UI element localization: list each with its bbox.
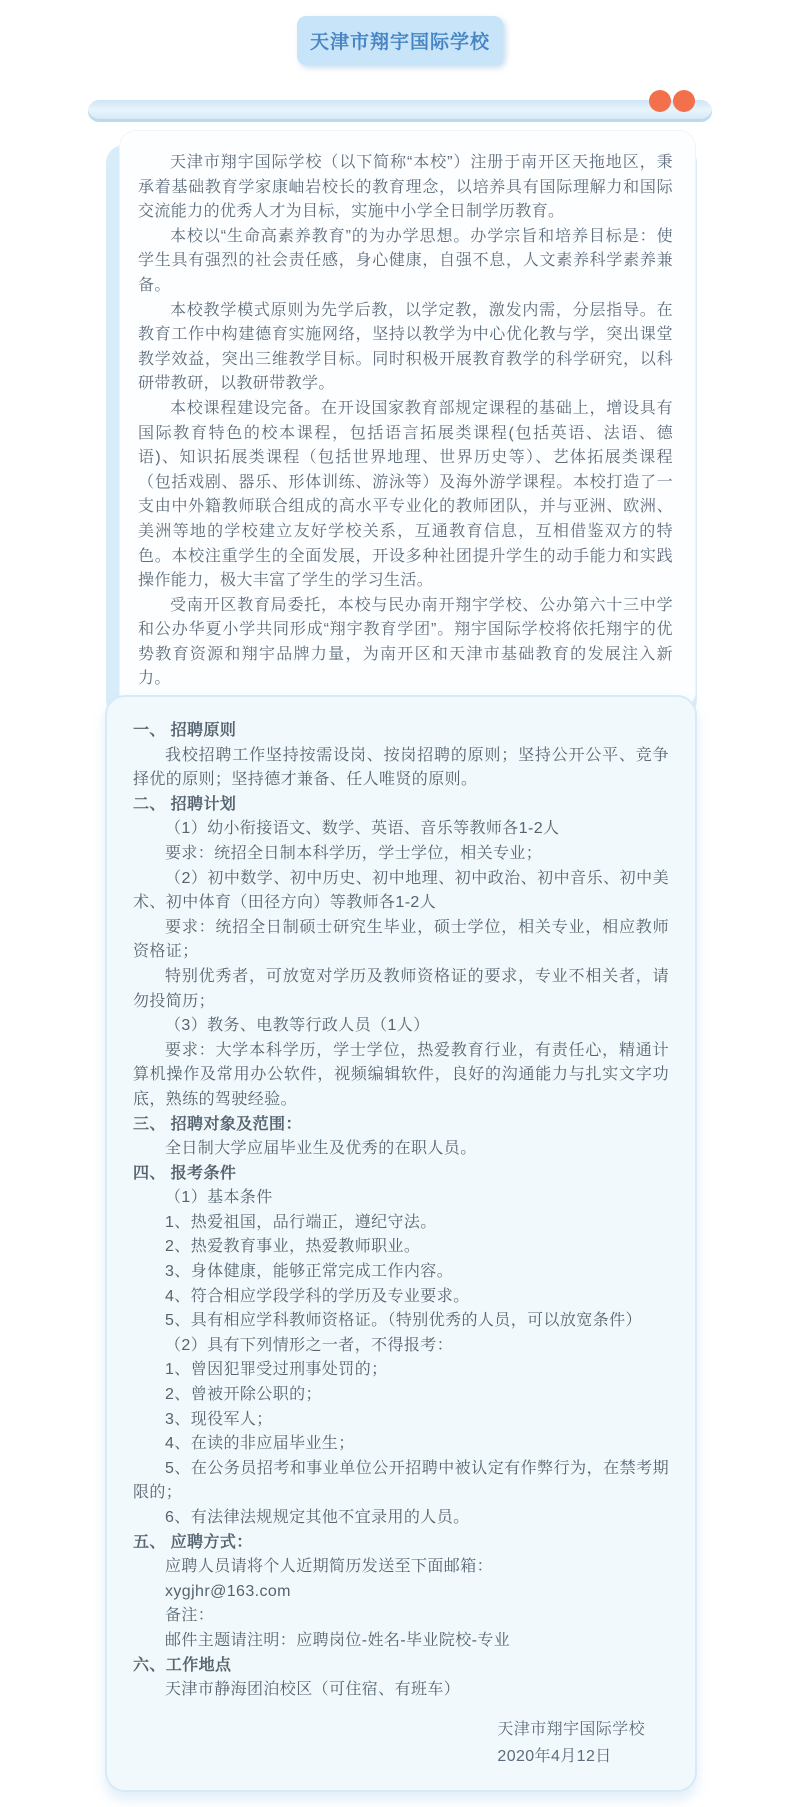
paragraph-line: 1、曾因犯罪受过刑事处罚的； <box>133 1358 669 1383</box>
paragraph-line: 邮件主题请注明：应聘岗位-姓名-毕业院校-专业 <box>133 1629 669 1654</box>
paragraph-line: 备注： <box>133 1604 669 1629</box>
paragraph-line: 5、在公务员招考和事业单位公开招聘中被认定有作弊行为，在禁考期限的； <box>133 1457 669 1506</box>
red-dot-icon <box>673 90 695 112</box>
paragraph-line: 5、具有相应学科教师资格证。（特别优秀的人员，可以放宽条件） <box>133 1309 669 1334</box>
email-link[interactable]: xygjhr@163.com <box>133 1580 669 1605</box>
paragraph-line: （1）幼小衔接语文、数学、英语、音乐等教师各1-2人 <box>133 817 669 842</box>
recruitment-content: 一、 招聘原则我校招聘工作坚持按需设岗、按岗招聘的原则；坚持公开公平、竞争择优的… <box>133 719 669 1703</box>
section-heading: 一、 招聘原则 <box>133 719 669 744</box>
intro-paragraph: 本校以“生命高素养教育”的为办学思想。办学宗旨和培养目标是：使学生具有强烈的社会… <box>138 225 673 299</box>
paragraph-line: 4、在读的非应届毕业生； <box>133 1432 669 1457</box>
decorative-bar <box>88 100 712 122</box>
article-page: 天津市翔宇国际学校 天津市翔宇国际学校（以下简称“本校”）注册于南开区天拖地区，… <box>0 0 800 1807</box>
school-title-badge: 天津市翔宇国际学校 <box>297 16 503 65</box>
paragraph-line: 应聘人员请将个人近期简历发送至下面邮箱： <box>133 1555 669 1580</box>
paragraph-line: 我校招聘工作坚持按需设岗、按岗招聘的原则；坚持公开公平、竞争择优的原则；坚持德才… <box>133 744 669 793</box>
paragraph-line: （3）教务、电教等行政人员（1人） <box>133 1014 669 1039</box>
paragraph-line: （2）具有下列情形之一者，不得报考： <box>133 1334 669 1359</box>
section-heading: 二、 招聘计划 <box>133 793 669 818</box>
intro-paragraph: 本校教学模式原则为先学后教，以学定教，激发内需，分层指导。在教育工作中构建德育实… <box>138 299 673 397</box>
paragraph-line: 3、身体健康，能够正常完成工作内容。 <box>133 1260 669 1285</box>
recruitment-card: 一、 招聘原则我校招聘工作坚持按需设岗、按岗招聘的原则；坚持公开公平、竞争择优的… <box>105 695 697 1792</box>
paragraph-line: 要求：统招全日制本科学历，学士学位，相关专业； <box>133 842 669 867</box>
paragraph-line: 2、曾被开除公职的； <box>133 1383 669 1408</box>
paragraph-line: 要求：统招全日制硕士研究生毕业，硕士学位，相关专业，相应教师资格证； <box>133 916 669 965</box>
paragraph-line: 天津市静海团泊校区（可住宿、有班车） <box>133 1678 669 1703</box>
paragraph-line: （2）初中数学、初中历史、初中地理、初中政治、初中音乐、初中美术、初中体育（田径… <box>133 867 669 916</box>
school-title-text: 天津市翔宇国际学校 <box>310 32 490 53</box>
intro-card-body: 天津市翔宇国际学校（以下简称“本校”）注册于南开区天拖地区，秉承着基础教育学家康… <box>120 131 695 708</box>
intro-card: 天津市翔宇国际学校（以下简称“本校”）注册于南开区天拖地区，秉承着基础教育学家康… <box>120 131 695 708</box>
paragraph-line: 2、热爱教育事业，热爱教师职业。 <box>133 1235 669 1260</box>
signature-school: 天津市翔宇国际学校 <box>497 1716 645 1743</box>
paragraph-line: 4、符合相应学段学科的学历及专业要求。 <box>133 1285 669 1310</box>
section-heading: 四、 报考条件 <box>133 1162 669 1187</box>
signature-block: 天津市翔宇国际学校 2020年4月12日 <box>497 1716 645 1770</box>
paragraph-line: 1、热爱祖国，品行端正，遵纪守法。 <box>133 1211 669 1236</box>
section-heading: 五、 应聘方式： <box>133 1531 669 1556</box>
section-heading: 六、工作地点 <box>133 1654 669 1679</box>
intro-paragraph: 本校课程建设完备。在开设国家教育部规定课程的基础上，增设具有国际教育特色的校本课… <box>138 397 673 594</box>
signature-date: 2020年4月12日 <box>497 1743 645 1770</box>
section-heading: 三、 招聘对象及范围： <box>133 1113 669 1138</box>
paragraph-line: 6、有法律法规规定其他不宜录用的人员。 <box>133 1506 669 1531</box>
intro-paragraph: 天津市翔宇国际学校（以下简称“本校”）注册于南开区天拖地区，秉承着基础教育学家康… <box>138 151 673 225</box>
paragraph-line: （1）基本条件 <box>133 1186 669 1211</box>
intro-paragraph: 受南开区教育局委托，本校与民办南开翔宇学校、公办第六十三中学和公办华夏小学共同形… <box>138 594 673 692</box>
red-dot-icon <box>649 90 671 112</box>
paragraph-line: 3、现役军人； <box>133 1408 669 1433</box>
paragraph-line: 全日制大学应届毕业生及优秀的在职人员。 <box>133 1137 669 1162</box>
paragraph-line: 特别优秀者，可放宽对学历及教师资格证的要求，专业不相关者，请勿投简历； <box>133 965 669 1014</box>
paragraph-line: 要求：大学本科学历，学士学位，热爱教育行业，有责任心，精通计算机操作及常用办公软… <box>133 1039 669 1113</box>
